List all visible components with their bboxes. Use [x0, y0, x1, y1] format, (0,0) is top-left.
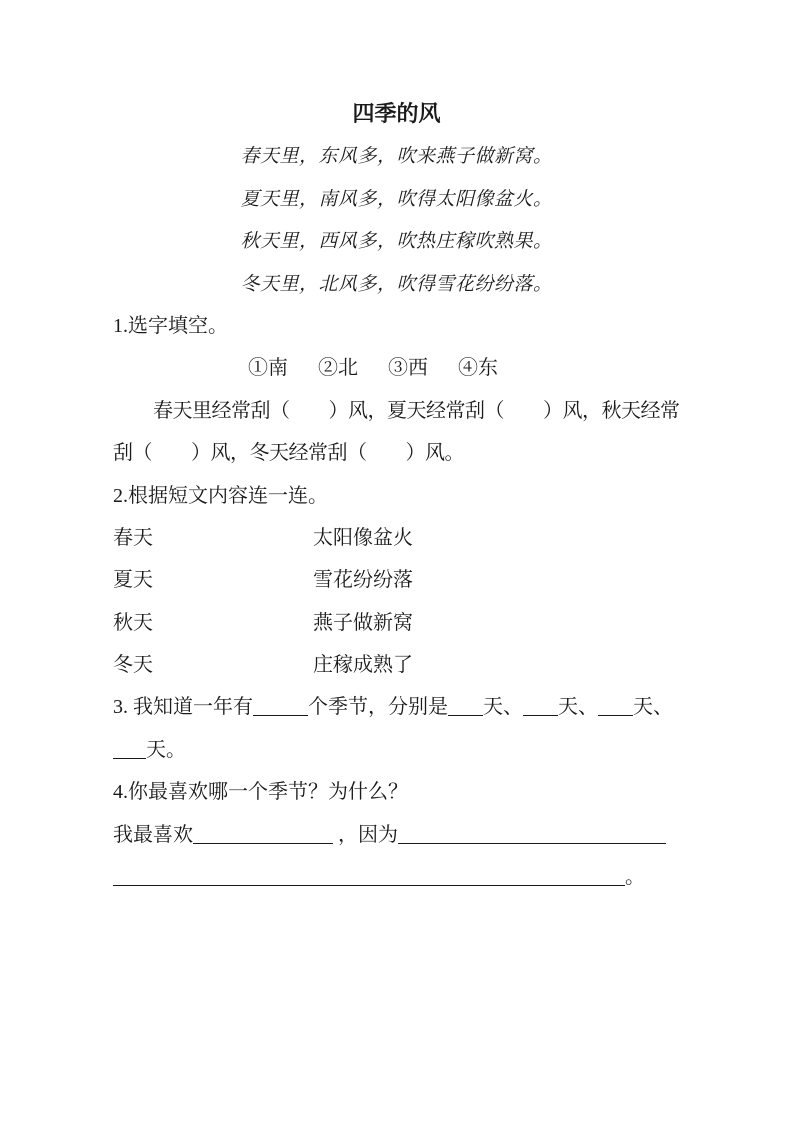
option-north: ②北 — [318, 347, 358, 389]
match-row-summer: 夏天 雪花纷纷落 — [113, 559, 680, 601]
poem-line-summer: 夏天里，南风多，吹得太阳像盆火。 — [113, 178, 680, 220]
text-segment: 天、 — [483, 696, 523, 718]
page-title: 四季的风 — [113, 93, 680, 135]
question-4-answer-line-2: 。 — [113, 856, 680, 898]
poem-line-spring: 春天里，东风多，吹来燕子做新窝。 — [113, 135, 680, 177]
match-right-item: 雪花纷纷落 — [313, 559, 413, 601]
match-row-spring: 春天 太阳像盆火 — [113, 517, 680, 559]
text-segment: 天、 — [633, 696, 673, 718]
answer-blank[interactable] — [523, 714, 558, 716]
option-east: ④东 — [458, 347, 498, 389]
match-right-item: 燕子做新窝 — [313, 602, 413, 644]
text-segment: 天、 — [558, 696, 598, 718]
match-row-autumn: 秋天 燕子做新窝 — [113, 602, 680, 644]
question-1-options: ①南 ②北 ③西 ④东 — [113, 347, 680, 389]
text-segment: 3. 我知道一年有 — [113, 696, 253, 718]
match-right-item: 庄稼成熟了 — [313, 644, 413, 686]
worksheet-page: 四季的风 春天里，东风多，吹来燕子做新窝。 夏天里，南风多，吹得太阳像盆火。 秋… — [0, 0, 793, 1122]
text-segment: ，因为 — [333, 824, 398, 846]
question-1-text-line-1: 春天里经常刮（ ）风，夏天经常刮（ ）风，秋天经常 — [113, 390, 680, 432]
question-1-text-line-2: 刮（ ）风，冬天经常刮（ ）风。 — [113, 432, 680, 474]
question-4-answer-line-1: 我最喜欢 ，因为 — [113, 814, 680, 856]
option-west: ③西 — [388, 347, 428, 389]
question-4-heading: 4.你最喜欢哪一个季节？为什么？ — [113, 771, 680, 813]
question-3-line-1: 3. 我知道一年有个季节，分别是天、天、天、 — [113, 686, 680, 728]
answer-blank[interactable] — [113, 757, 146, 759]
match-row-winter: 冬天 庄稼成熟了 — [113, 644, 680, 686]
answer-blank[interactable] — [598, 714, 633, 716]
question-2-heading: 2.根据短文内容连一连。 — [113, 475, 680, 517]
text-segment: 。 — [625, 866, 645, 888]
poem-line-winter: 冬天里，北风多，吹得雪花纷纷落。 — [113, 263, 680, 305]
answer-blank[interactable] — [448, 714, 483, 716]
option-south: ①南 — [248, 347, 288, 389]
answer-blank[interactable] — [253, 714, 308, 716]
poem-line-autumn: 秋天里，西风多，吹热庄稼吹熟果。 — [113, 220, 680, 262]
text-segment: 个季节，分别是 — [308, 696, 448, 718]
answer-blank[interactable] — [398, 842, 666, 844]
question-1-heading: 1.选字填空。 — [113, 305, 680, 347]
text-segment: 我最喜欢 — [113, 824, 193, 846]
match-right-item: 太阳像盆火 — [313, 517, 413, 559]
match-left-item: 夏天 — [113, 559, 313, 601]
answer-blank[interactable] — [193, 842, 333, 844]
text-segment: 天。 — [146, 739, 186, 761]
match-left-item: 冬天 — [113, 644, 313, 686]
answer-blank[interactable] — [113, 884, 625, 886]
match-left-item: 春天 — [113, 517, 313, 559]
match-left-item: 秋天 — [113, 602, 313, 644]
question-3-line-2: 天。 — [113, 729, 680, 771]
